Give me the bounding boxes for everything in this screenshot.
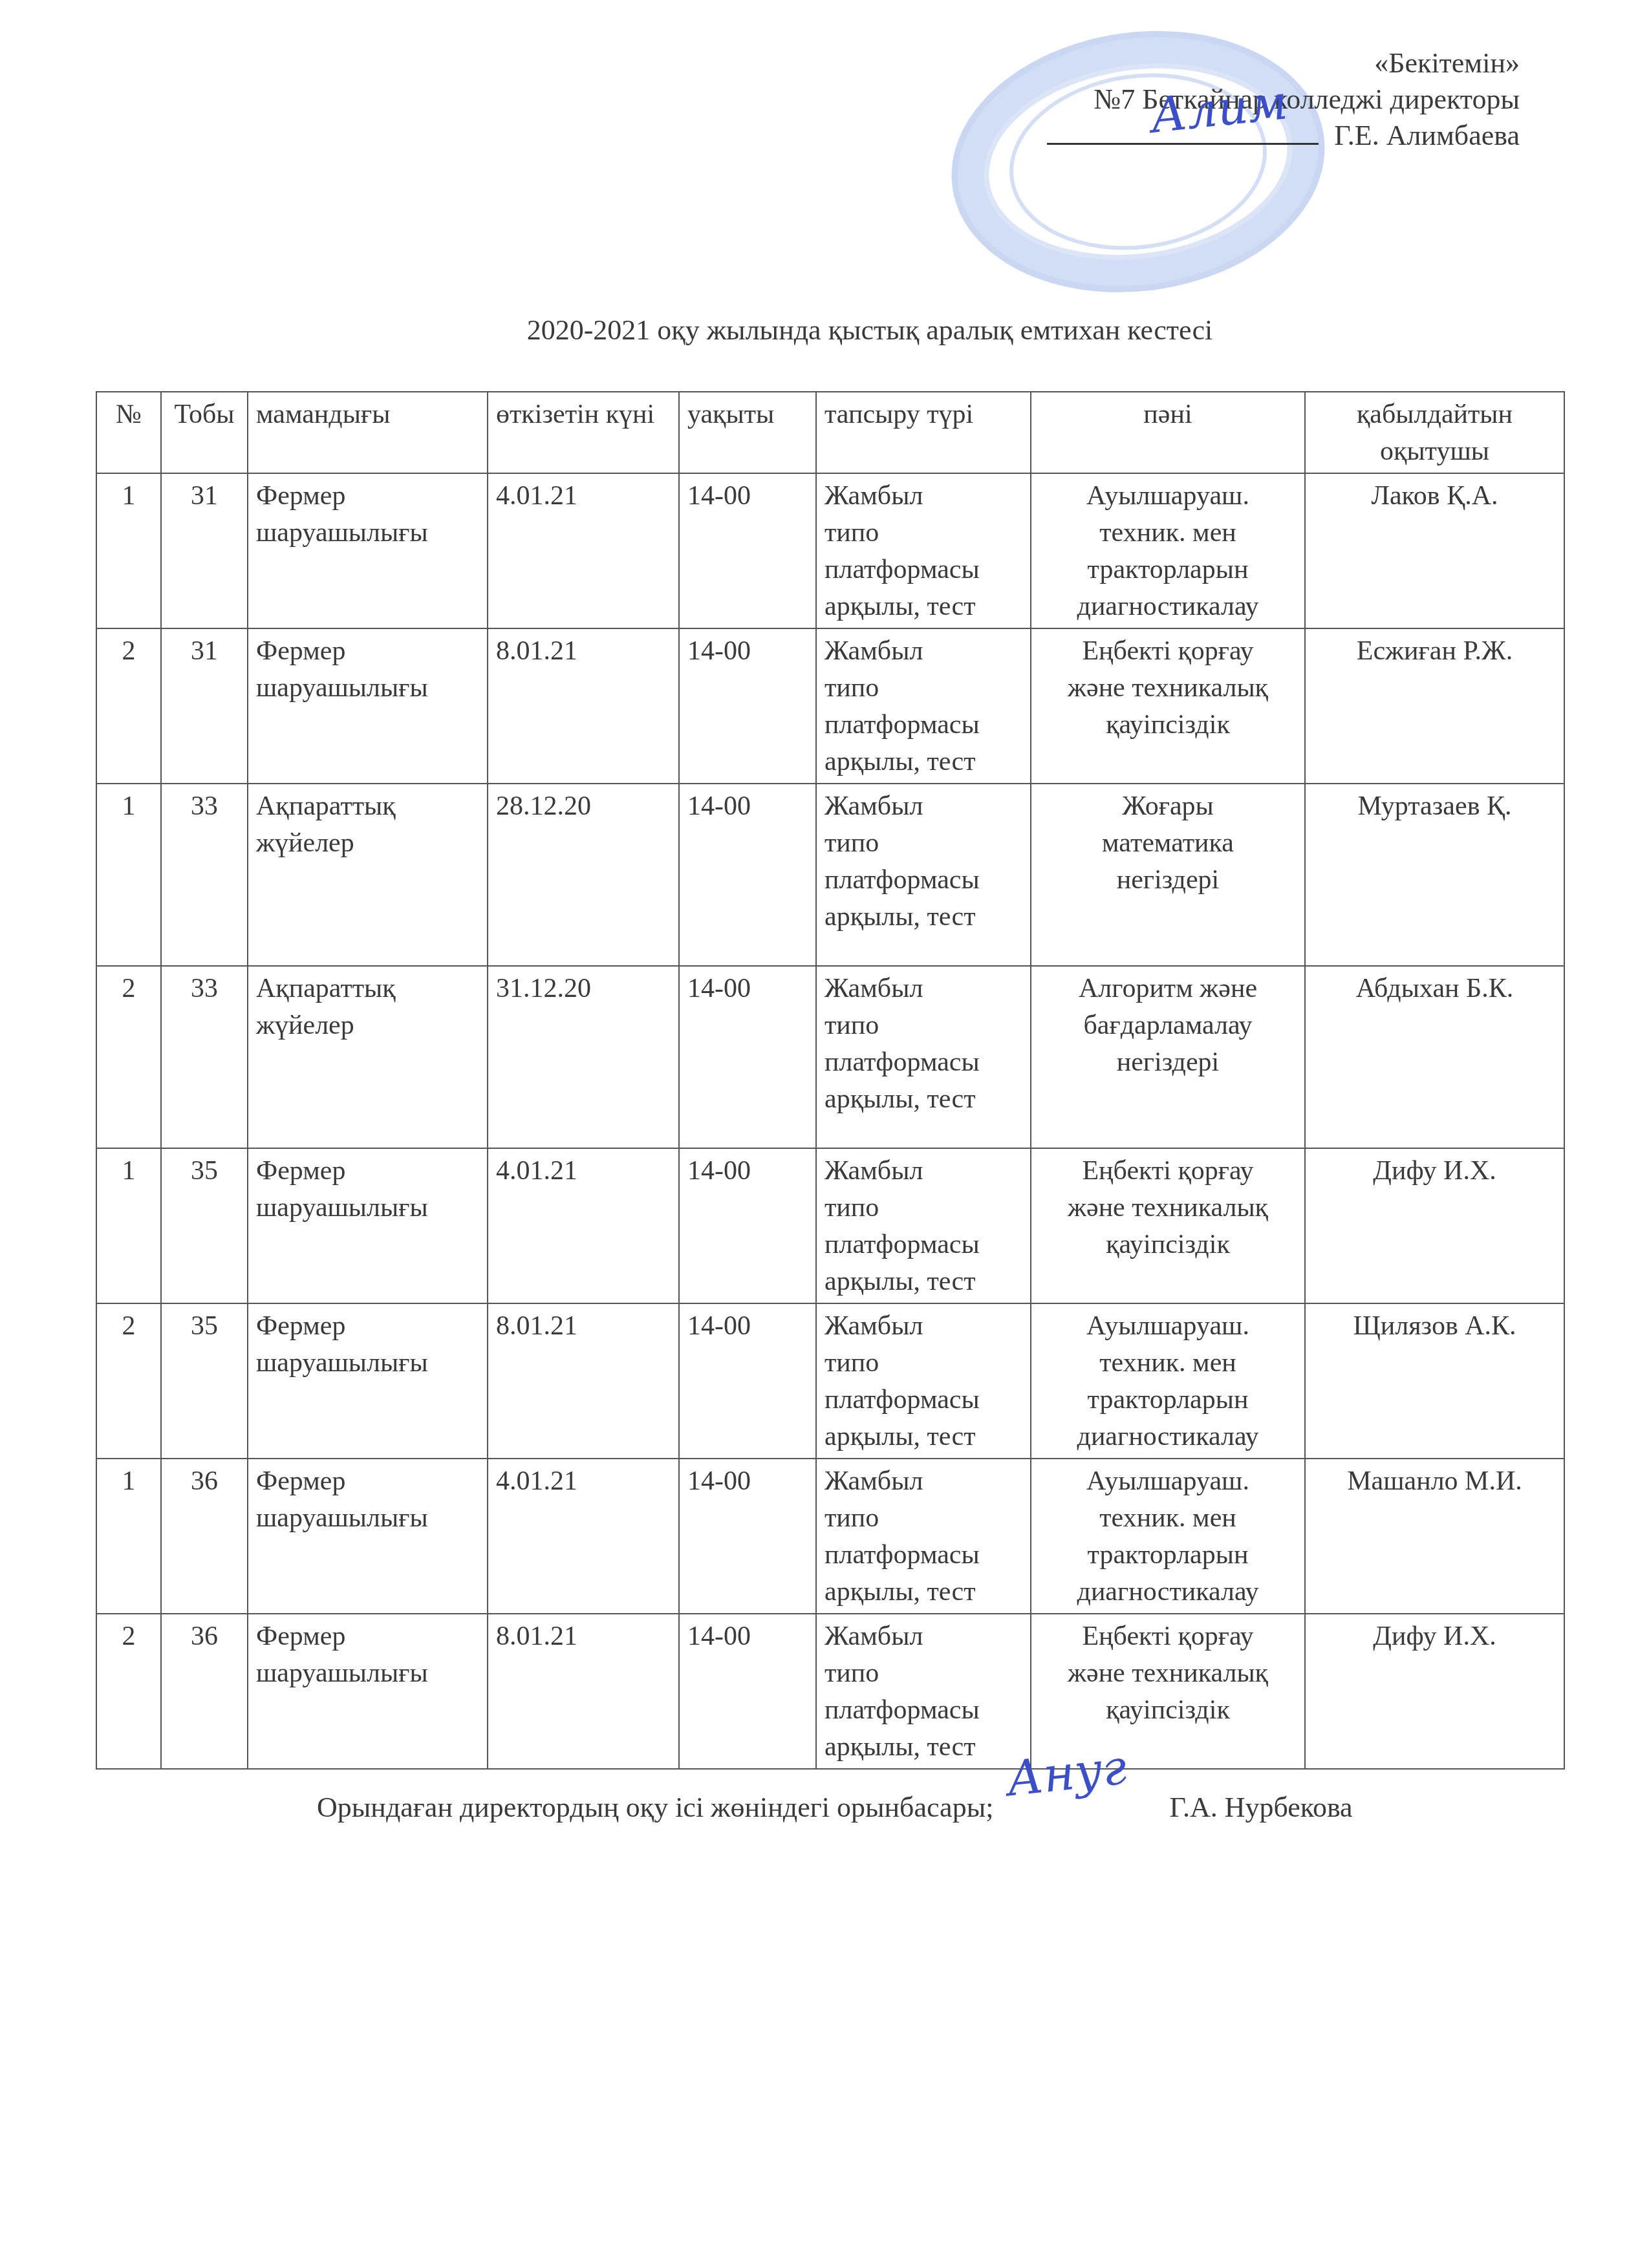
- table-row: 233Ақпараттық жүйелер31.12.2014-00Жамбыл…: [96, 966, 1564, 1148]
- cell-date: 8.01.21: [488, 1614, 679, 1769]
- cell-type: Жамбыл типо платформасы арқылы, тест: [816, 1614, 1031, 1769]
- deputy-signature: Ануг: [1004, 1740, 1129, 1808]
- cell-time: 14-00: [679, 473, 816, 628]
- cell-no: 1: [96, 473, 161, 628]
- cell-time: 14-00: [679, 1148, 816, 1303]
- cell-time: 14-00: [679, 784, 816, 966]
- cell-type: Жамбыл типо платформасы арқылы, тест: [816, 628, 1031, 784]
- cell-teacher: Абдыхан Б.К.: [1305, 966, 1564, 1148]
- cell-type: Жамбыл типо платформасы арқылы, тест: [816, 1303, 1031, 1459]
- cell-date: 28.12.20: [488, 784, 679, 966]
- cell-time: 14-00: [679, 1303, 816, 1459]
- cell-time: 14-00: [679, 1459, 816, 1614]
- footer-label: Орындаған директордың оқу ісі жөніндегі …: [317, 1792, 993, 1823]
- table-body: 131Фермер шаруашылығы4.01.2114-00Жамбыл …: [96, 473, 1564, 1769]
- exam-schedule-table: № Тобы мамандығы өткізетін күні уақыты т…: [96, 391, 1565, 1770]
- cell-specialty: Фермер шаруашылығы: [248, 1459, 488, 1614]
- cell-date: 8.01.21: [488, 1303, 679, 1459]
- header-teacher: қабылдайтын оқытушы: [1305, 392, 1564, 473]
- header-type: тапсыру түрі: [816, 392, 1031, 473]
- cell-group: 36: [161, 1614, 248, 1769]
- cell-teacher: Дифу И.Х.: [1305, 1148, 1564, 1303]
- header-group: Тобы: [161, 392, 248, 473]
- header-specialty: мамандығы: [248, 392, 488, 473]
- cell-no: 2: [96, 966, 161, 1148]
- cell-date: 31.12.20: [488, 966, 679, 1148]
- cell-subject: Ауылшаруаш. техник. мен тракторларын диа…: [1031, 473, 1305, 628]
- cell-teacher: Дифу И.Х.: [1305, 1614, 1564, 1769]
- cell-specialty: Фермер шаруашылығы: [248, 1614, 488, 1769]
- signature-line: Алим: [1047, 123, 1319, 145]
- document-title: 2020-2021 оқу жылында қыстық аралық емти…: [0, 314, 1649, 347]
- cell-no: 2: [96, 628, 161, 784]
- cell-type: Жамбыл типо платформасы арқылы, тест: [816, 966, 1031, 1148]
- cell-specialty: Фермер шаруашылығы: [248, 1303, 488, 1459]
- cell-group: 31: [161, 473, 248, 628]
- cell-no: 1: [96, 1148, 161, 1303]
- cell-no: 2: [96, 1303, 161, 1459]
- cell-no: 1: [96, 784, 161, 966]
- footer-signature-block: Орындаған директордың оқу ісі жөніндегі …: [317, 1791, 1353, 1824]
- table-row: 131Фермер шаруашылығы4.01.2114-00Жамбыл …: [96, 473, 1564, 628]
- cell-no: 1: [96, 1459, 161, 1614]
- cell-group: 35: [161, 1303, 248, 1459]
- approval-signatory: Г.Е. Алимбаева: [1334, 120, 1520, 151]
- cell-teacher: Муртазаев Қ.: [1305, 784, 1564, 966]
- cell-time: 14-00: [679, 1614, 816, 1769]
- cell-group: 33: [161, 784, 248, 966]
- table-row: 135Фермер шаруашылығы4.01.2114-00Жамбыл …: [96, 1148, 1564, 1303]
- cell-subject: Еңбекті қорғау және техникалық қауіпсізд…: [1031, 628, 1305, 784]
- cell-specialty: Фермер шаруашылығы: [248, 1148, 488, 1303]
- table-row: 231Фермер шаруашылығы8.01.2114-00Жамбыл …: [96, 628, 1564, 784]
- director-signature: Алим: [1149, 84, 1289, 134]
- cell-type: Жамбыл типо платформасы арқылы, тест: [816, 473, 1031, 628]
- cell-date: 4.01.21: [488, 1459, 679, 1614]
- cell-time: 14-00: [679, 628, 816, 784]
- cell-subject: Ауылшаруаш. техник. мен тракторларын диа…: [1031, 1303, 1305, 1459]
- table-row: 133Ақпараттық жүйелер28.12.2014-00Жамбыл…: [96, 784, 1564, 966]
- cell-teacher: Есжиған Р.Ж.: [1305, 628, 1564, 784]
- cell-date: 4.01.21: [488, 1148, 679, 1303]
- table-row: 136Фермер шаруашылығы4.01.2114-00Жамбыл …: [96, 1459, 1564, 1614]
- header-date: өткізетін күні: [488, 392, 679, 473]
- cell-group: 31: [161, 628, 248, 784]
- cell-time: 14-00: [679, 966, 816, 1148]
- cell-group: 36: [161, 1459, 248, 1614]
- cell-subject: Еңбекті қорғау және техникалық қауіпсізд…: [1031, 1148, 1305, 1303]
- header-subject: пәні: [1031, 392, 1305, 473]
- cell-group: 33: [161, 966, 248, 1148]
- cell-type: Жамбыл типо платформасы арқылы, тест: [816, 1459, 1031, 1614]
- table-row: 236Фермер шаруашылығы8.01.2114-00Жамбыл …: [96, 1614, 1564, 1769]
- cell-type: Жамбыл типо платформасы арқылы, тест: [816, 784, 1031, 966]
- approval-signatory-line: Алим Г.Е. Алимбаева: [1047, 118, 1520, 154]
- table-header-row: № Тобы мамандығы өткізетін күні уақыты т…: [96, 392, 1564, 473]
- cell-teacher: Машанло М.И.: [1305, 1459, 1564, 1614]
- cell-subject: Алгоритм және бағдарламалау негіздері: [1031, 966, 1305, 1148]
- cell-specialty: Фермер шаруашылығы: [248, 473, 488, 628]
- cell-date: 8.01.21: [488, 628, 679, 784]
- cell-subject: Ауылшаруаш. техник. мен тракторларын диа…: [1031, 1459, 1305, 1614]
- header-time: уақыты: [679, 392, 816, 473]
- cell-subject: Жоғары математика негіздері: [1031, 784, 1305, 966]
- header-no: №: [96, 392, 161, 473]
- cell-date: 4.01.21: [488, 473, 679, 628]
- cell-specialty: Ақпараттық жүйелер: [248, 966, 488, 1148]
- approval-block: «Бекітемін» №7 Беткайнар колледжі директ…: [1047, 45, 1520, 154]
- cell-no: 2: [96, 1614, 161, 1769]
- cell-group: 35: [161, 1148, 248, 1303]
- cell-specialty: Ақпараттық жүйелер: [248, 784, 488, 966]
- deputy-signature-area: Ануг: [1000, 1791, 1162, 1817]
- cell-specialty: Фермер шаруашылығы: [248, 628, 488, 784]
- cell-type: Жамбыл типо платформасы арқылы, тест: [816, 1148, 1031, 1303]
- footer-signatory: Г.А. Нурбекова: [1169, 1792, 1352, 1823]
- cell-teacher: Лаков Қ.А.: [1305, 473, 1564, 628]
- table-row: 235Фермер шаруашылығы8.01.2114-00Жамбыл …: [96, 1303, 1564, 1459]
- cell-teacher: Щилязов А.К.: [1305, 1303, 1564, 1459]
